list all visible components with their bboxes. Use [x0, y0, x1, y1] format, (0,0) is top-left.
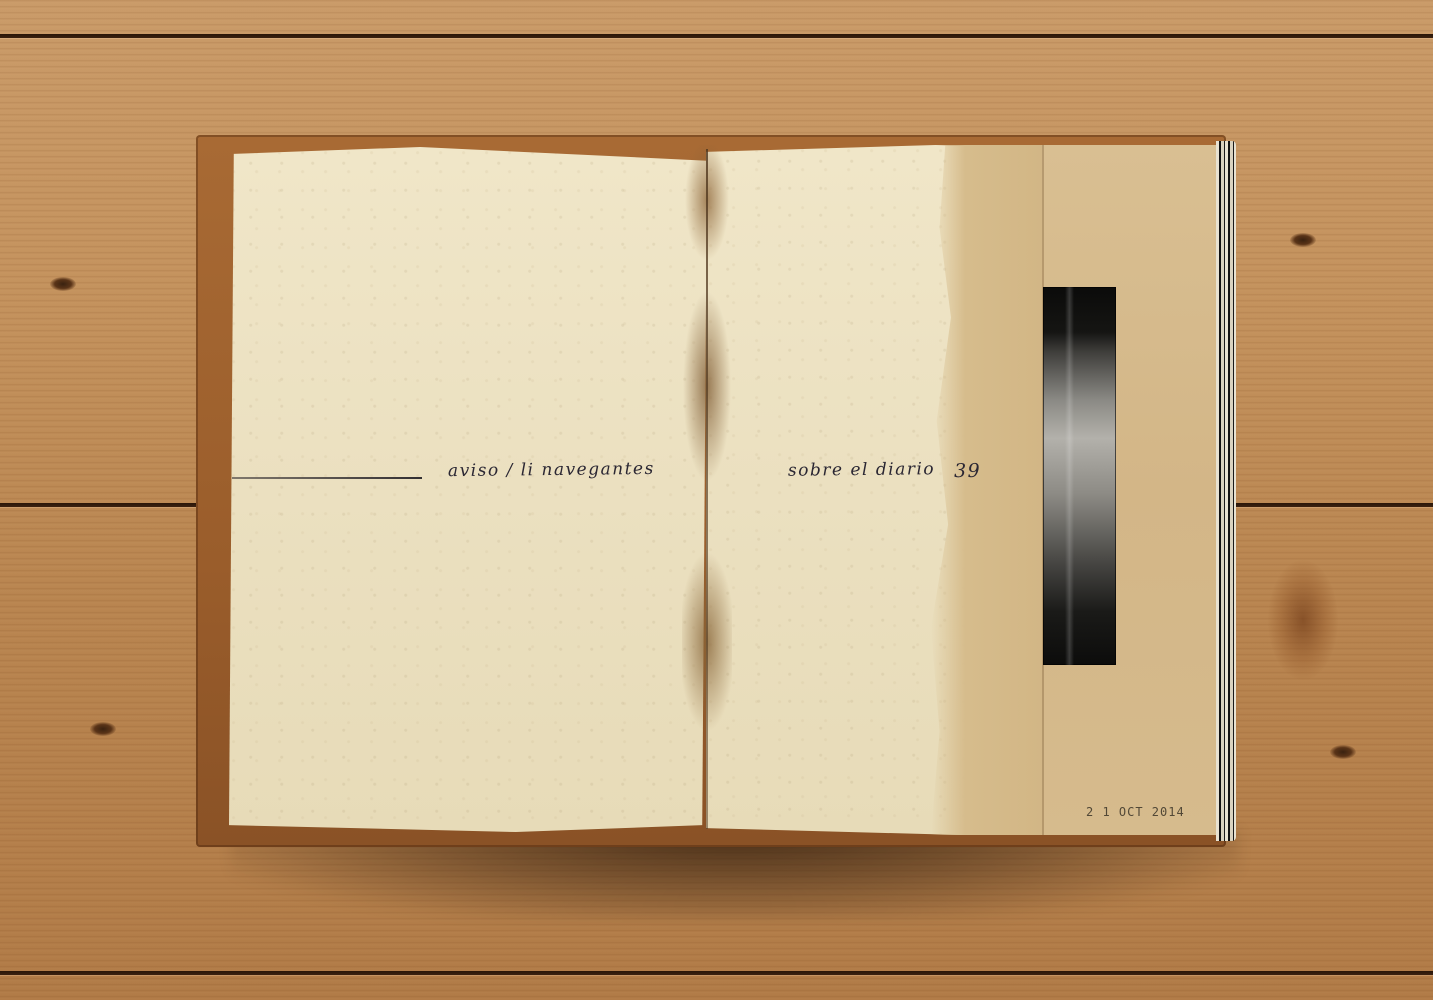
wood-knot [90, 722, 116, 736]
gutter-stitching [706, 149, 708, 829]
handwritten-text: sobre el diario [788, 459, 935, 481]
photo-window [1043, 287, 1116, 665]
handwritten-text: aviso / li navegantes [448, 459, 655, 481]
wood-knot [1330, 745, 1356, 759]
handwritten-number: 39 [954, 460, 981, 482]
wood-knot [1268, 560, 1338, 680]
wood-knot [1290, 233, 1316, 247]
plank-seam [0, 34, 1433, 38]
left-page [229, 147, 707, 832]
date-stamp: 2 1 OCT 2014 [1086, 805, 1185, 819]
wood-knot [50, 277, 76, 291]
artist-book: aviso / li navegantes sobre el diario 39… [196, 127, 1241, 849]
drawn-rule-line [232, 477, 422, 479]
plank-seam [0, 971, 1433, 975]
page-edges [1216, 141, 1236, 841]
